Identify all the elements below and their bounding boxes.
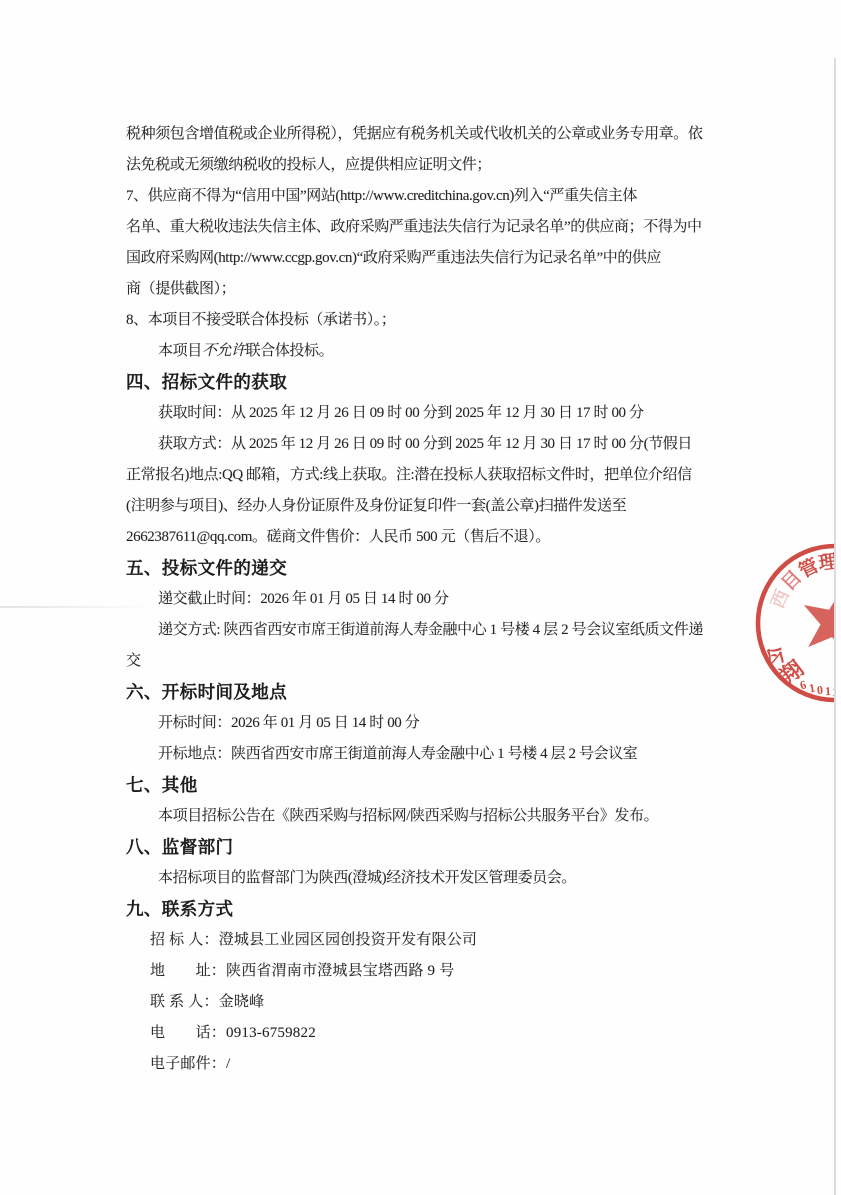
doc-line: 递交方式: 陕西省西安市席王街道前海人寿金融中心 1 号楼 4 层 2 号会议室… (126, 615, 726, 646)
doc-line: 递交截止时间：2026 年 01 月 05 日 14 时 00 分 (126, 584, 726, 615)
document-page: 税种须包含增值税或企业所得税），凭据应有税务机关或代收机关的公章或业务专用章。依… (0, 0, 841, 1195)
doc-line: 电子邮件：/ (126, 1049, 726, 1080)
section-heading: 九、联系方式 (126, 894, 726, 925)
seal-arc-char: 管 (795, 554, 822, 583)
scan-page-edge-line (834, 58, 836, 1195)
star-icon (795, 581, 836, 659)
doc-line: (注明参与项目)、经办人身份证原件及身份证复印件一套(盖公章)扫描件发送至 (126, 491, 726, 522)
doc-line: 商（提供截图）； (126, 274, 726, 305)
seal-ring (758, 546, 836, 700)
doc-line: 国政府采购网(http://www.ccgp.gov.cn)“政府采购严重违法失… (126, 243, 726, 274)
doc-line: 2662387611@qq.com。磋商文件售价：人民币 500 元（售后不退）… (126, 522, 726, 553)
seal-serial-digit: 1 (808, 681, 817, 696)
seal-serial-digit: 0 (816, 683, 823, 698)
doc-line: 开标时间：2026 年 01 月 05 日 14 时 00 分 (126, 708, 726, 739)
doc-line: 8、本项目不接受联合体投标（承诺书）。； (126, 305, 726, 336)
section-heading: 四、招标文件的获取 (126, 367, 726, 398)
seal-bottom-char: 今 (760, 641, 792, 673)
document-body: 税种须包含增值税或企业所得税），凭据应有税务机关或代收机关的公章或业务专用章。依… (126, 119, 726, 1080)
doc-line: 获取时间：从 2025 年 12 月 26 日 09 时 00 分到 2025 … (126, 398, 726, 429)
doc-line: 7、供应商不得为“信用中国”网站(http://www.creditchina.… (126, 181, 726, 212)
doc-line: 获取方式：从 2025 年 12 月 26 日 09 时 00 分到 2025 … (126, 429, 726, 460)
section-heading: 七、其他 (126, 770, 726, 801)
doc-line: 正常报名)地点:QQ 邮箱，方式:线上获取。注:潜在投标人获取招标文件时，把单位… (126, 460, 726, 491)
seal-arc-char: 目 (777, 566, 806, 595)
doc-line: 地 址：陕西省渭南市澄城县宝塔西路 9 号 (126, 956, 726, 987)
section-heading: 八、监督部门 (126, 832, 726, 863)
doc-line: 本招标项目的监督部门为陕西(澄城)经济技术开发区管理委员会。 (126, 863, 726, 894)
doc-line: 税种须包含增值税或企业所得税），凭据应有税务机关或代收机关的公章或业务专用章。依 (126, 119, 726, 150)
doc-line: 本项目招标公告在《陕西采购与招标网/陕西采购与招标公共服务平台》发布。 (126, 801, 726, 832)
doc-line: 电 话：0913-6759822 (126, 1018, 726, 1049)
doc-line: 开标地点：陕西省西安市席王街道前海人寿金融中心 1 号楼 4 层 2 号会议室 (126, 739, 726, 770)
doc-line: 本项目不允许联合体投标。 (126, 336, 726, 367)
scan-artifact-horizontal-line (0, 606, 156, 608)
doc-line: 交 (126, 646, 726, 677)
seal-serial-digit: 6 (798, 677, 808, 692)
official-seal: 西 目 管 理 有 今 翔 6 1 0 1 1 (750, 537, 836, 709)
section-heading: 六、开标时间及地点 (126, 677, 726, 708)
seal-arc-char: 西 (767, 587, 793, 612)
doc-line: 招 标 人：澄城县工业园区园创投资开发有限公司 (126, 925, 726, 956)
doc-line: 法免税或无须缴纳税收的投标人，应提供相应证明文件； (126, 150, 726, 181)
seal-bottom-char: 翔 (776, 655, 809, 688)
seal-serial-digit: 1 (825, 684, 831, 698)
section-heading: 五、投标文件的递交 (126, 553, 726, 584)
doc-line: 联 系 人：金晓峰 (126, 987, 726, 1018)
doc-line: 名单、重大税收违法失信主体、政府采购严重违法失信行为记录名单”的供应商；不得为中 (126, 212, 726, 243)
